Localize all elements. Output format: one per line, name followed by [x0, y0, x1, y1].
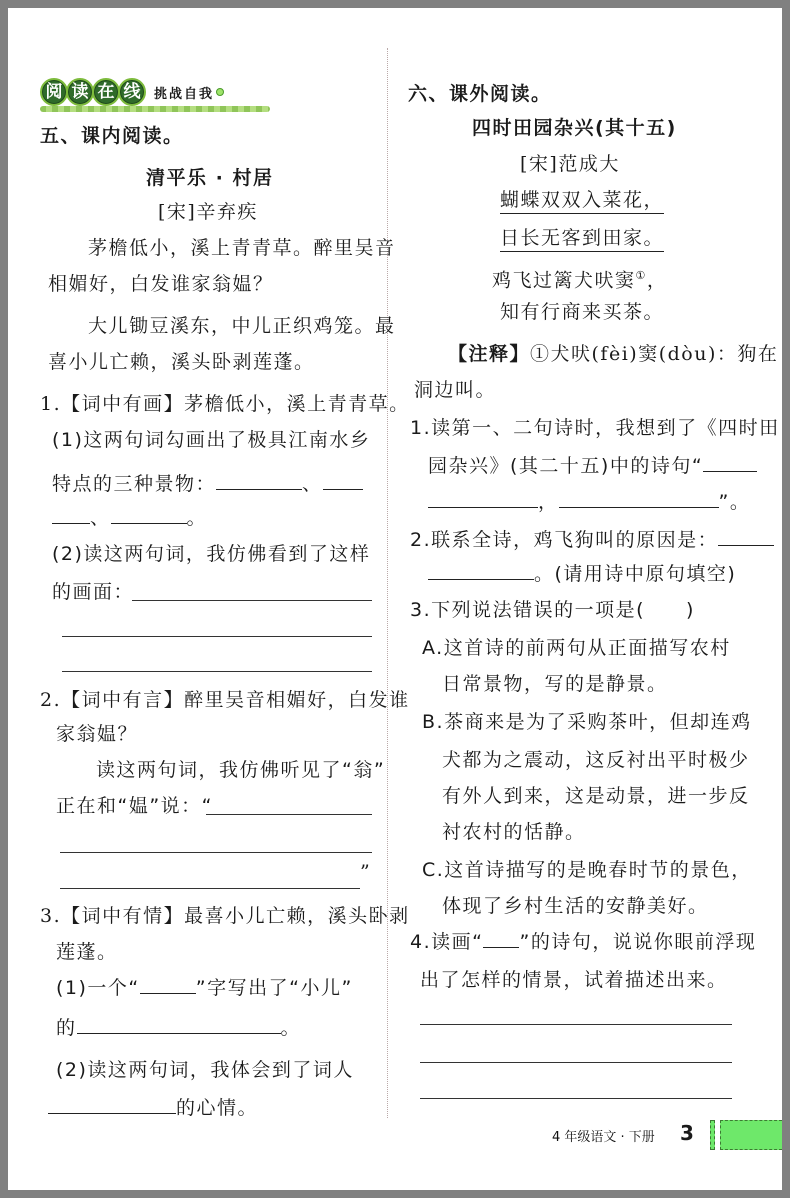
- poem-line: 鸡飞过篱犬吠窦①，: [492, 264, 667, 292]
- section-title-6: 六、课外阅读。: [408, 82, 552, 106]
- question-2-text-cont: 。(请用诗中原句填空): [428, 562, 736, 586]
- option-b[interactable]: B.茶商来是为了采购茶叶，但却连鸡: [422, 710, 752, 734]
- footnote-marker: ①: [636, 269, 647, 282]
- question-3-sub2-cont: 的心情。: [48, 1096, 258, 1120]
- answer-line[interactable]: [420, 1098, 732, 1099]
- answer-blank[interactable]: [483, 930, 519, 948]
- answer-blank[interactable]: [428, 562, 534, 580]
- question-3-stem-cont: 莲蓬。: [56, 940, 118, 964]
- option-b-cont: 有外人到来，这是动景，进一步反: [442, 784, 750, 808]
- logo-subtitle: 挑战自我: [154, 83, 214, 102]
- answer-blank[interactable]: [77, 1016, 281, 1034]
- question-1-blanks: ，”。: [428, 490, 750, 514]
- page-number: 3: [680, 1121, 694, 1145]
- section-logo: 阅 读 在 线 挑战自我: [40, 72, 224, 112]
- answer-line[interactable]: [62, 671, 372, 672]
- annotation: 【注释】①犬吠(fèi)窦(dòu)：狗在: [448, 342, 778, 366]
- answer-blank[interactable]: [48, 1096, 176, 1114]
- column-divider: [387, 48, 388, 1118]
- option-a-cont: 日常景物，写的是静景。: [442, 672, 668, 696]
- book-label: 4 年级语文 · 下册: [552, 1126, 655, 1145]
- question-3-sub2: (2)读这两句词，我体会到了词人: [56, 1058, 354, 1082]
- question-1-text: 1.读第一、二句诗时，我想到了《四时田: [410, 416, 780, 440]
- question-3-sub1: (1)一个“”字写出了“小儿”: [56, 976, 353, 1000]
- answer-line[interactable]: [60, 852, 372, 853]
- question-1-sub1: (1)这两句词勾画出了极具江南水乡: [52, 428, 370, 452]
- question-3-stem: 3.【词中有情】最喜小儿亡赖，溪头卧剥: [40, 904, 410, 928]
- logo-char: 在: [92, 78, 120, 106]
- answer-blank[interactable]: [323, 472, 363, 490]
- workbook-page: 阅 读 在 线 挑战自我 五、课内阅读。 清平乐 · 村居 [宋]辛弃疾 茅檐低…: [8, 8, 782, 1190]
- answer-line[interactable]: [132, 600, 372, 601]
- leaf-dot-icon: [216, 88, 224, 96]
- option-c-cont: 体现了乡村生活的安静美好。: [442, 894, 709, 918]
- question-4-text-cont: 出了怎样的情景，试着描述出来。: [420, 968, 728, 992]
- poem-title: 清平乐 · 村居: [146, 166, 273, 190]
- page-tab-marker: [720, 1120, 782, 1150]
- poem-text: 喜小儿亡赖，溪头卧剥莲蓬。: [48, 350, 315, 374]
- answer-line[interactable]: [60, 888, 360, 889]
- question-2-stem: 2.【词中有言】醉里吴音相媚好，白发谁: [40, 688, 410, 712]
- poem-author: [宋]辛弃疾: [158, 200, 258, 224]
- poem-author: [宋]范成大: [520, 152, 620, 176]
- question-2-stem-cont: 家翁媪？: [56, 722, 138, 746]
- answer-blank[interactable]: [216, 472, 302, 490]
- answer-blank[interactable]: [718, 528, 774, 546]
- answer-line[interactable]: [420, 1024, 732, 1025]
- section-title-5: 五、课内阅读。: [40, 124, 184, 148]
- question-1-sub2: (2)读这两句词，我仿佛看到了这样: [52, 542, 370, 566]
- question-1-sub2-cont: 的画面：: [52, 580, 134, 604]
- answer-blank[interactable]: [140, 976, 196, 994]
- page-tab-marker: [710, 1120, 715, 1150]
- poem-text: 大儿锄豆溪东，中儿正织鸡笼。最: [88, 314, 396, 338]
- option-a[interactable]: A.这首诗的前两句从正面描写农村: [422, 636, 731, 660]
- question-2-text: 2.联系全诗，鸡飞狗叫的原因是：: [410, 528, 774, 552]
- answer-blank[interactable]: [559, 490, 719, 508]
- annotation-label: 【注释】: [448, 343, 530, 365]
- grass-wave-decoration: [40, 106, 270, 112]
- poem-line-underlined: 蝴蝶双双入菜花，: [500, 188, 664, 212]
- answer-blank[interactable]: [111, 506, 187, 524]
- question-2-body-cont: 正在和“媪”说：“: [56, 794, 213, 818]
- question-1-text-cont: 园杂兴》(其二十五)中的诗句“: [428, 454, 757, 478]
- option-b-cont: 衬农村的恬静。: [442, 820, 586, 844]
- poem-text: 茅檐低小，溪上青青草。醉里吴音: [88, 236, 396, 260]
- annotation-cont: 洞边叫。: [414, 378, 496, 402]
- answer-blank[interactable]: [52, 506, 90, 524]
- question-1-stem: 1.【词中有画】茅檐低小，溪上青青草。: [40, 392, 410, 416]
- poem-line-underlined: 日长无客到田家。: [500, 226, 664, 250]
- poem-line: 知有行商来买茶。: [500, 300, 664, 324]
- question-3-stem: 3.下列说法错误的一项是( ): [410, 598, 695, 622]
- answer-line[interactable]: [206, 814, 372, 815]
- logo-char: 线: [118, 78, 146, 106]
- option-b-cont: 犬都为之震动，这反衬出平时极少: [442, 748, 750, 772]
- question-4-text: 4.读画“”的诗句，说说你眼前浮现: [410, 930, 756, 954]
- logo-char: 读: [66, 78, 94, 106]
- question-3-sub1-cont: 的。: [56, 1016, 301, 1040]
- poem-title: 四时田园杂兴(其十五): [472, 116, 677, 140]
- answer-blank[interactable]: [703, 454, 757, 472]
- question-1-sub1-end: 、。: [52, 506, 207, 530]
- logo-char: 阅: [40, 78, 68, 106]
- option-c[interactable]: C.这首诗描写的是晚春时节的景色，: [422, 858, 752, 882]
- answer-line[interactable]: [420, 1062, 732, 1063]
- close-quote: ”: [360, 860, 371, 884]
- poem-text: 相媚好，白发谁家翁媪？: [48, 272, 274, 296]
- answer-line[interactable]: [62, 636, 372, 637]
- question-1-sub1-cont: 特点的三种景物：、: [52, 472, 363, 496]
- answer-blank[interactable]: [428, 490, 538, 508]
- question-2-body: 读这两句词，我仿佛听见了“翁”: [96, 758, 385, 782]
